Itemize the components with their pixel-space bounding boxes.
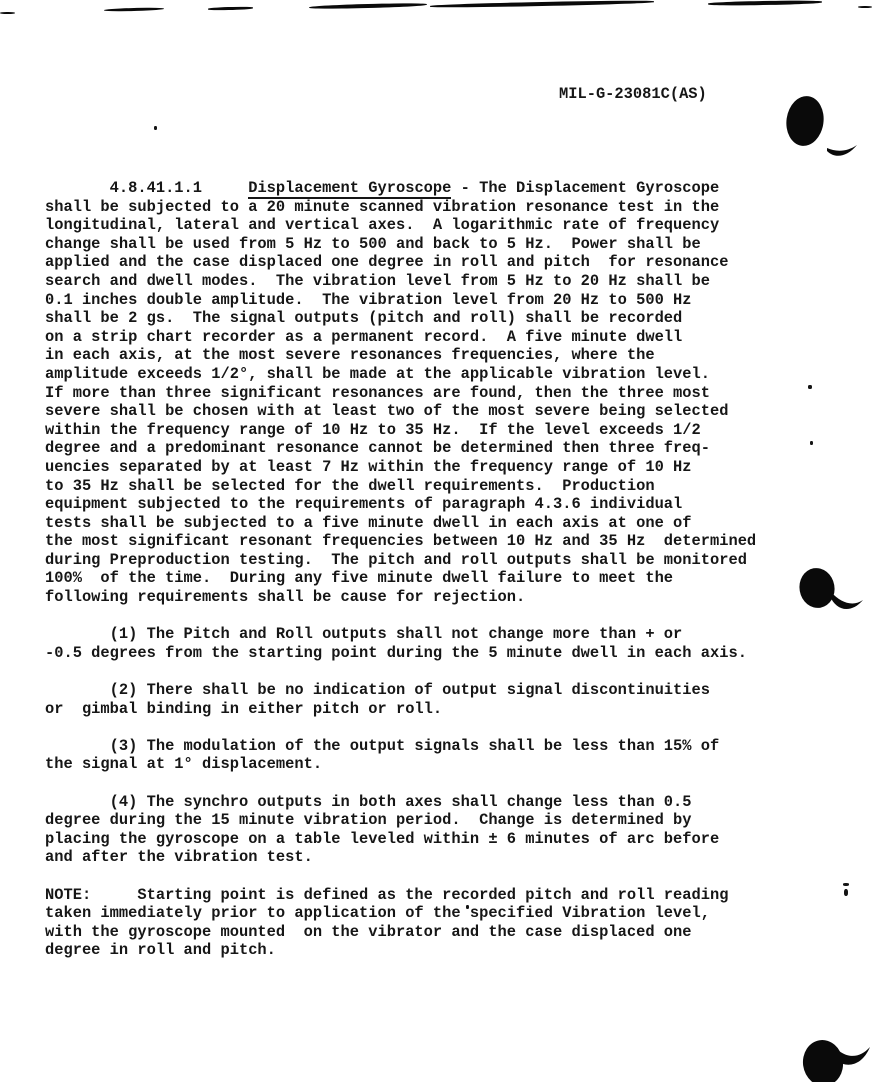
scan-streak-3 [208,6,253,10]
ink-blob-middle [796,565,863,610]
section-body-text: shall be subjected to a 20 minute scanne… [45,198,756,607]
section-paragraph: 4.8.41.1.1 Displacement Gyroscope - The … [45,179,756,607]
scan-speck-4 [843,883,849,886]
scan-speck-3 [810,441,813,445]
list-item-3: (3) The modulation of the output signals… [45,737,756,774]
scan-speck-1 [154,126,157,130]
section-title: Displacement Gyroscope [248,179,451,199]
ink-blob-bottom [800,1037,870,1082]
ink-blob-top [783,94,857,156]
doc-number: MIL-G-23081C(AS) [559,85,707,104]
text-body: 4.8.41.1.1 Displacement Gyroscope - The … [45,179,756,960]
ink-tail-bottom [837,1047,870,1065]
scan-streak-7 [858,6,872,8]
scan-streak-4 [309,2,427,9]
ink-tail-middle [830,592,863,609]
section-number: 4.8.41.1.1 [110,179,202,197]
scan-speck-5 [844,889,848,896]
section-indent [45,179,110,197]
scan-streak-5 [430,0,654,8]
scan-streak-6 [708,0,822,5]
section-heading-line: 4.8.41.1.1 Displacement Gyroscope - The … [45,179,756,198]
scan-streak-1 [0,12,15,14]
section-gap [202,179,248,197]
list-item-4: (4) The synchro outputs in both axes sha… [45,793,756,867]
list-item-1: (1) The Pitch and Roll outputs shall not… [45,625,756,662]
document-page: MIL-G-23081C(AS) 4.8.41.1.1 Displacement… [0,0,872,1082]
scan-speck-2 [808,385,812,389]
note-paragraph: NOTE: Starting point is defined as the r… [45,886,756,960]
scan-streak-2 [104,7,164,12]
list-item-2: (2) There shall be no indication of outp… [45,681,756,718]
section-title-suffix: - The Displacement Gyroscope [451,179,719,197]
ink-crescent-top [827,145,857,156]
